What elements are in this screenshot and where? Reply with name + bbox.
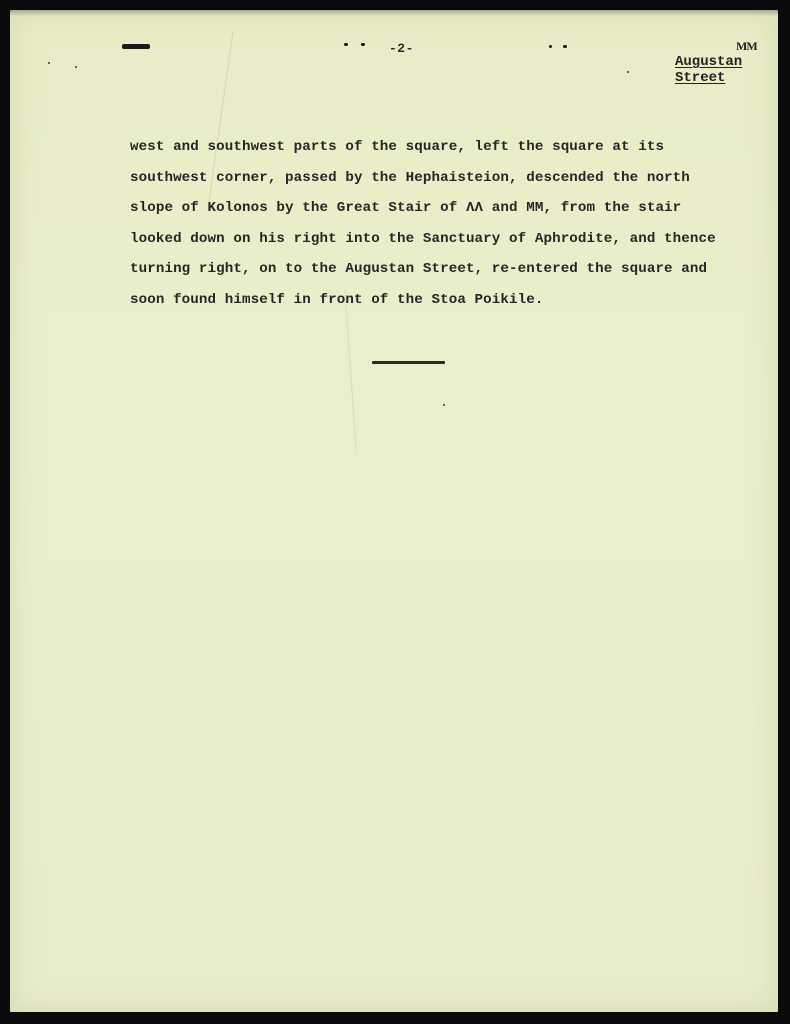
body-paragraph: west and southwest parts of the square, … xyxy=(130,132,760,315)
text-line: soon found himself in front of the Stoa … xyxy=(130,285,760,316)
ink-speck xyxy=(48,62,50,64)
margin-heading: Augustan Street xyxy=(675,54,742,86)
ink-smudge xyxy=(122,44,150,49)
ink-speck xyxy=(75,66,77,68)
ink-speck xyxy=(443,404,445,406)
margin-heading-line: Augustan xyxy=(675,54,742,70)
ink-smudge xyxy=(563,45,567,48)
corner-initials: MM xyxy=(736,39,757,54)
text-line: looked down on his right into the Sanctu… xyxy=(130,224,760,255)
margin-heading-line: Street xyxy=(675,70,742,86)
text-line: southwest corner, passed by the Hephaist… xyxy=(130,163,760,194)
section-divider xyxy=(372,361,445,364)
text-line: turning right, on to the Augustan Street… xyxy=(130,254,760,285)
document-page: -2- MM Augustan Street west and southwes… xyxy=(10,10,778,1012)
ink-smudge xyxy=(344,43,348,46)
text-line: slope of Kolonos by the Great Stair of Λ… xyxy=(130,193,760,224)
ink-smudge xyxy=(549,45,552,48)
text-line: west and southwest parts of the square, … xyxy=(130,132,760,163)
page-number: -2- xyxy=(389,41,414,56)
ink-speck xyxy=(627,71,629,73)
ink-smudge xyxy=(361,43,365,46)
